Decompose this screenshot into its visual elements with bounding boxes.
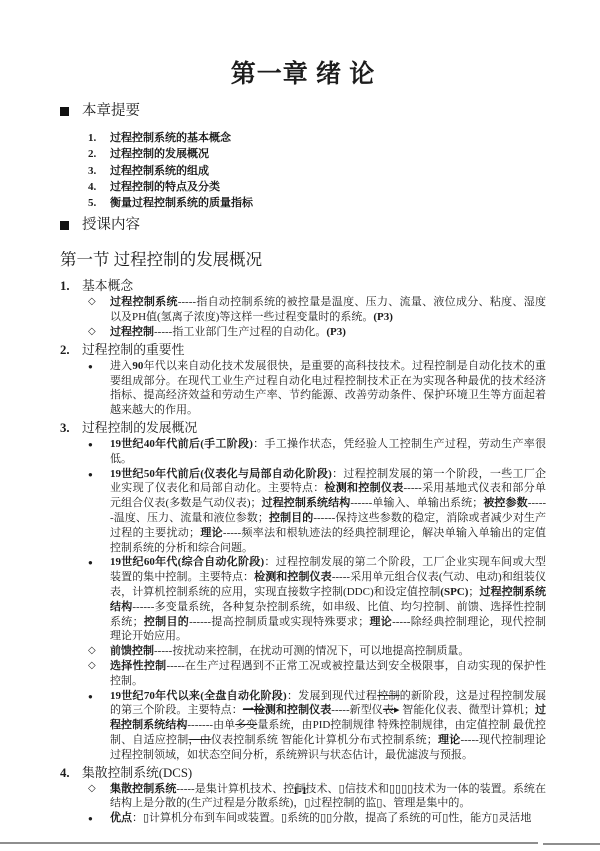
bullet-item: ●19世纪50年代前后(仪表化与局部自动化阶段)：过程控制发展的第一个阶段，一些… — [60, 467, 546, 556]
document-page: 第一章 绪 论 本章提要1.过程控制系统的基本概念2.过程控制的发展概况3.过程… — [0, 0, 600, 851]
item-number: 3. — [88, 163, 110, 179]
text-segment: 仪表控制系统 智能化计算机分布式控制系统； — [211, 734, 438, 746]
heading-label: 过程控制的发展概况 — [82, 420, 197, 436]
text-segment: 进入 — [110, 360, 132, 372]
numbered-heading: 4.集散控制系统(DCS) — [60, 765, 546, 781]
text-segment: 过程控制系统结构 — [262, 497, 351, 509]
text-segment: ，由 — [188, 734, 210, 746]
diamond-bullet-icon: ◇ — [88, 295, 108, 310]
numbered-heading: 1.基本概念 — [60, 278, 546, 294]
item-label: 过程控制的特点及分类 — [110, 179, 220, 195]
heading-label: 集散控制系统(DCS) — [82, 765, 192, 781]
numbered-heading: 2.过程控制的重要性 — [60, 342, 546, 358]
text-segment: 控制 — [377, 690, 400, 702]
text-segment: ：▯计算机分布到车间或装置。▯系统的▯▯分散，提高了系统的可▯性，能方▯灵活地 — [132, 812, 531, 824]
bottom-scrollbar[interactable] — [0, 842, 600, 846]
square-heading: 授课内容 — [60, 216, 546, 235]
bullet-item: ◇过程控制系统-----指自动控制系统的被控量是温度、压力、流量、液位成分、粘度… — [60, 295, 546, 325]
text-segment: 年代以来自动化技术发展很快，是重要的高科技技术。过程控制是自动化技术的重要组成部… — [110, 360, 546, 416]
text-segment: ------提高控制质量或实现特殊要求； — [189, 616, 369, 628]
text-segment: 检测和控制仪表 — [324, 482, 403, 494]
bullet-item: ◇选择性控制-----在生产过程遇到不正常工况或被控量达到安全极限事，自动实现的… — [60, 659, 546, 689]
item-text: 前馈控制-----按扰动来控制，在扰动可测的情况下，可以地提高控制质量。 — [110, 645, 469, 657]
text-segment: 19世纪50年代前后(仪表化与局部自动化阶段) — [110, 468, 332, 480]
item-text: 19世纪50年代前后(仪表化与局部自动化阶段)：过程控制发展的第一个阶段，一些工… — [110, 468, 546, 554]
text-segment: 多变 — [235, 719, 257, 731]
list-item: 5.衡量过程控制系统的质量指标 — [88, 195, 546, 211]
list-item: 4.过程控制的特点及分类 — [88, 179, 546, 195]
text-segment: 理论 — [200, 527, 223, 539]
bullet-item: ●19世纪70年代以来(全盘自动化阶段)：发展到现代过程控制的新阶段，这是过程控… — [60, 689, 546, 763]
bullet-item: ●19世纪40年代前后(手工阶段)：手工操作状态，凭经验人工控制生产过程，劳动生… — [60, 437, 546, 467]
list-item: 2.过程控制的发展概况 — [88, 146, 546, 162]
dot-bullet-icon: ● — [88, 360, 108, 375]
list-item: 1.过程控制系统的基本概念 — [88, 130, 546, 146]
item-text: 进入90年代以来自动化技术发展很快，是重要的高科技技术。过程控制是自动化技术的重… — [110, 360, 546, 416]
text-segment: -----指工业部门生产过程的自动化。 — [154, 326, 326, 338]
text-segment: 表 — [383, 704, 394, 716]
heading-label: 授课内容 — [82, 216, 140, 235]
text-segment: ：发展到现代过程 — [287, 690, 377, 702]
text-segment: 过程控制 — [110, 326, 154, 338]
text-segment: (P3) — [373, 311, 393, 323]
text-segment: (P3) — [326, 326, 346, 338]
item-label: 过程控制的发展概况 — [110, 146, 209, 162]
item-label: 过程控制系统的组成 — [110, 163, 209, 179]
text-segment: 控制目的 — [269, 512, 313, 524]
list-item: 3.过程控制系统的组成 — [88, 163, 546, 179]
item-number: 4. — [88, 179, 110, 195]
text-segment: -----新型仪 — [331, 704, 383, 716]
item-text: 过程控制系统-----指自动控制系统的被控量是温度、压力、流量、液位成分、粘度、… — [110, 296, 546, 323]
page-content: 第一章 绪 论 本章提要1.过程控制系统的基本概念2.过程控制的发展概况3.过程… — [60, 58, 546, 826]
item-number: 5. — [88, 195, 110, 211]
summary-list: 1.过程控制系统的基本概念2.过程控制的发展概况3.过程控制系统的组成4.过程控… — [88, 130, 546, 211]
section-heading: 第一节 过程控制的发展概况 — [60, 249, 546, 271]
text-segment: -----按扰动来控制，在扰动可测的情况下，可以地提高控制质量。 — [154, 645, 469, 657]
dot-bullet-icon: ● — [88, 556, 108, 571]
square-bullet-icon — [60, 221, 69, 230]
item-text: 选择性控制-----在生产过程遇到不正常工况或被控量达到安全极限事，自动实现的保… — [110, 660, 546, 687]
text-segment: ------单输入、单输出系统； — [350, 497, 483, 509]
scrollbar-track-left[interactable] — [0, 842, 538, 844]
dot-bullet-icon: ● — [88, 812, 108, 827]
item-text: 19世纪60年代(综合自动化阶段)：过程控制发展的第二个阶段，工厂企业实现车间或… — [110, 556, 546, 642]
item-number: 2. — [88, 146, 110, 162]
dot-bullet-icon: ● — [88, 438, 108, 453]
bullet-item: ●19世纪60年代(综合自动化阶段)：过程控制发展的第二个阶段，工厂企业实现车间… — [60, 555, 546, 644]
text-segment: 前馈控制 — [110, 645, 154, 657]
diamond-bullet-icon: ◇ — [88, 659, 108, 674]
heading-label: 本章提要 — [82, 102, 140, 121]
text-segment: -----在生产过程遇到不正常工况或被控量达到安全极限事，自动实现的保护性控制。 — [110, 660, 546, 687]
bullet-item: ◇过程控制-----指工业部门生产过程的自动化。(P3) — [60, 325, 546, 340]
numbered-heading: 3.过程控制的发展概况 — [60, 420, 546, 436]
dot-bullet-icon: ● — [88, 468, 108, 483]
bullet-item: ◇前馈控制-----按扰动来控制，在扰动可测的情况下，可以地提高控制质量。 — [60, 644, 546, 659]
text-segment: -------由单 — [187, 719, 235, 731]
item-text: 19世纪40年代前后(手工阶段)：手工操作状态，凭经验人工控制生产过程，劳动生产… — [110, 438, 546, 465]
item-number: 4. — [60, 765, 82, 781]
item-text: 过程控制-----指工业部门生产过程的自动化。(P3) — [110, 326, 346, 338]
text-segment: 19世纪60年代(综合自动化阶段) — [110, 556, 264, 568]
text-segment: ▸ 智能化仪表、微型计算机； — [394, 704, 535, 716]
text-segment: 90 — [132, 360, 143, 372]
text-segment: 理论 — [369, 616, 392, 628]
item-number: 3. — [60, 420, 82, 436]
text-segment: (SPC) — [440, 586, 468, 598]
document-body: 本章提要1.过程控制系统的基本概念2.过程控制的发展概况3.过程控制系统的组成4… — [60, 102, 546, 826]
square-heading: 本章提要 — [60, 102, 546, 121]
item-text: 优点：▯计算机分布到车间或装置。▯系统的▯▯分散，提高了系统的可▯性，能方▯灵活… — [110, 812, 531, 824]
text-segment: 19世纪40年代前后(手工阶段) — [110, 438, 253, 450]
item-number: 1. — [60, 278, 82, 294]
diamond-bullet-icon: ◇ — [88, 325, 108, 340]
text-segment: 测和控制仪表 — [265, 704, 331, 716]
text-segment: 一检 — [243, 704, 265, 716]
text-segment: 理论 — [438, 734, 461, 746]
text-segment: 控制目的 — [144, 616, 189, 628]
square-bullet-icon — [60, 107, 69, 116]
item-text: 19世纪70年代以来(全盘自动化阶段)：发展到现代过程控制的新阶段，这是过程控制… — [110, 690, 546, 761]
text-segment: 过程控制系统 — [110, 296, 178, 308]
scrollbar-track-right[interactable] — [543, 843, 600, 845]
diamond-bullet-icon: ◇ — [88, 644, 108, 659]
bullet-item: ●进入90年代以来自动化技术发展很快，是重要的高科技技术。过程控制是自动化技术的… — [60, 359, 546, 418]
heading-label: 过程控制的重要性 — [82, 342, 184, 358]
item-label: 过程控制系统的基本概念 — [110, 130, 231, 146]
page-number: 1-1 — [0, 786, 600, 797]
text-segment: ； — [468, 586, 479, 598]
item-number: 1. — [88, 130, 110, 146]
text-segment: 选择性控制 — [110, 660, 166, 672]
item-number: 2. — [60, 342, 82, 358]
text-segment: 检测和控制仪表 — [254, 571, 332, 583]
item-label: 衡量过程控制系统的质量指标 — [110, 195, 253, 211]
dot-bullet-icon: ● — [88, 690, 108, 705]
heading-label: 基本概念 — [82, 278, 133, 294]
text-segment: 19世纪70年代以来(全盘自动化阶段) — [110, 690, 287, 702]
page-title: 第一章 绪 论 — [60, 58, 546, 92]
text-segment: 优点 — [110, 812, 132, 824]
bullet-item: ●优点：▯计算机分布到车间或装置。▯系统的▯▯分散，提高了系统的可▯性，能方▯灵… — [60, 811, 546, 826]
text-segment: 被控参数 — [483, 497, 527, 509]
